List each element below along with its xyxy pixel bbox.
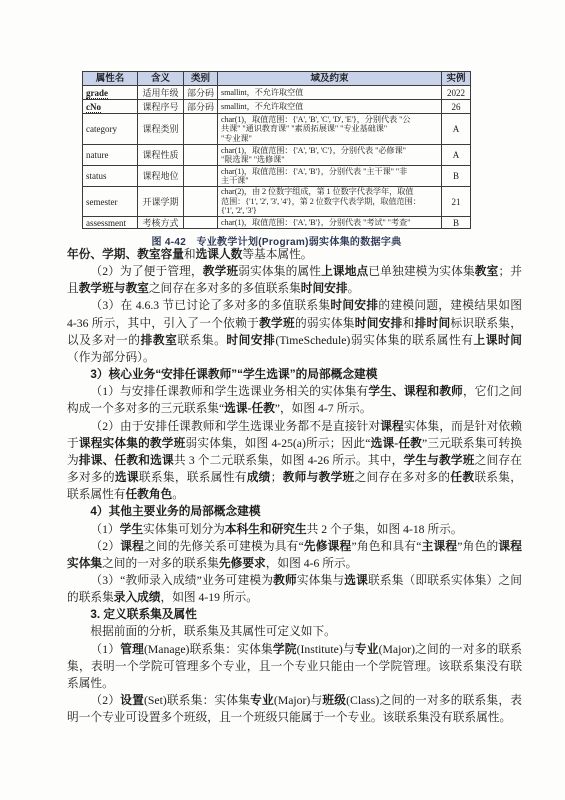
meaning-cell: 课程类别 [138, 114, 184, 145]
meaning-cell: 课程序号 [138, 100, 184, 114]
domain-cell: char(1)，取值范围：{'A', 'B'}，分别代表 "考试" "考查" [218, 217, 442, 229]
example-cell: 26 [442, 100, 471, 114]
table-row: semester开课学期char(2)，由 2 位数字组成，第 1 位数字代表学… [83, 187, 471, 217]
attr-name-cell: category [83, 114, 138, 145]
domain-cell: char(1)，取值范围：{'A', 'B', 'C'}，分别代表 "必修课""… [218, 145, 442, 166]
paragraph: （2）由于安排任课教师和学生选课业务都不是直接针对课程实体集，而是针对依赖于课程… [67, 418, 522, 504]
paragraph: （2）课程之间的先修关系可建模为具有“先修课程”角色和具有“主课程”角色的课程实… [67, 538, 522, 572]
document-page: 属性名含义类别域及约束实例 grade适用年级部分码smallint，不允许取空… [0, 0, 565, 800]
meaning-cell: 课程地位 [138, 166, 184, 187]
attr-name-cell: assessment [83, 217, 138, 229]
domain-cell: char(1)，取值范围：{'A', 'B'}，分别代表 "主干课" "非主干课… [218, 166, 442, 187]
meaning-cell: 课程性质 [138, 145, 184, 166]
kind-cell [184, 187, 218, 217]
example-cell: B [442, 217, 471, 229]
example-cell: 21 [442, 187, 471, 217]
table-row: cNo课程序号部分码smallint，不允许取空值26 [83, 100, 471, 114]
paragraph: （1）学生实体集可划分为本科生和研究生共 2 个子集，如图 4-18 所示。 [67, 521, 522, 538]
paragraph: （1）与安排任课教师和学生选课业务相关的实体集有学生、课程和教师，它们之间构成一… [67, 383, 522, 417]
attr-name-cell: cNo [83, 100, 138, 114]
kind-cell [184, 166, 218, 187]
kind-cell [184, 145, 218, 166]
attr-name-cell: status [83, 166, 138, 187]
column-header: 属性名 [83, 72, 138, 86]
meaning-cell: 考核方式 [138, 217, 184, 229]
paragraph: （1）管理(Manage)联系集：实体集学院(Institute)与专业(Maj… [67, 641, 522, 692]
section-heading: 3）核心业务“安排任课教师”“学生选课”的局部概念建模 [67, 366, 522, 383]
table-row: nature课程性质char(1)，取值范围：{'A', 'B', 'C'}，分… [83, 145, 471, 166]
paragraph: （2）设置(Set)联系集：实体集专业(Major)与班级(Class)之间的一… [67, 692, 522, 726]
page-text: 年份、学期、教室容量和选课人数等基本属性。（2）为了便于管理，教学班弱实体集的属… [67, 246, 522, 726]
data-dictionary-body: grade适用年级部分码smallint，不允许取空值2022cNo课程序号部分… [83, 86, 471, 229]
kind-cell: 部分码 [184, 86, 218, 100]
table-row: category课程类别char(1)，取值范围：{'A', 'B', 'C',… [83, 114, 471, 145]
column-header: 类别 [184, 72, 218, 86]
domain-cell: char(2)，由 2 位数字组成，第 1 位数字代表学年，取值范围：{'1',… [218, 187, 442, 217]
column-header: 含义 [138, 72, 184, 86]
meaning-cell: 适用年级 [138, 86, 184, 100]
example-cell: A [442, 114, 471, 145]
table-row: assessment考核方式char(1)，取值范围：{'A', 'B'}，分别… [83, 217, 471, 229]
column-header: 域及约束 [218, 72, 442, 86]
example-cell: A [442, 145, 471, 166]
table-row: status课程地位char(1)，取值范围：{'A', 'B'}，分别代表 "… [83, 166, 471, 187]
attr-name-cell: nature [83, 145, 138, 166]
data-dictionary-region: 属性名含义类别域及约束实例 grade适用年级部分码smallint，不允许取空… [82, 71, 471, 248]
attr-name-cell: semester [83, 187, 138, 217]
table-row: grade适用年级部分码smallint，不允许取空值2022 [83, 86, 471, 100]
paragraph: 根据前面的分析，联系集及其属性可定义如下。 [67, 623, 522, 640]
paragraph: （3）在 4.6.3 节已讨论了多对多的多值联系集时间安排的建模问题，建模结果如… [67, 297, 522, 366]
kind-cell: 部分码 [184, 100, 218, 114]
domain-cell: char(1)，取值范围：{'A', 'B', 'C', 'D', 'E'}，分… [218, 114, 442, 145]
paragraph: （2）为了便于管理，教学班弱实体集的属性上课地点已单独建模为实体集教室；并且教学… [67, 263, 522, 297]
domain-cell: smallint，不允许取空值 [218, 86, 442, 100]
example-cell: 2022 [442, 86, 471, 100]
column-header: 实例 [442, 72, 471, 86]
meaning-cell: 开课学期 [138, 187, 184, 217]
kind-cell [184, 114, 218, 145]
paragraph: 年份、学期、教室容量和选课人数等基本属性。 [67, 246, 522, 263]
table-header-row: 属性名含义类别域及约束实例 [83, 72, 471, 86]
section-heading: 3. 定义联系集及属性 [67, 606, 522, 623]
domain-cell: smallint，不允许取空值 [218, 100, 442, 114]
section-heading: 4）其他主要业务的局部概念建模 [67, 503, 522, 520]
data-dictionary-table: 属性名含义类别域及约束实例 grade适用年级部分码smallint，不允许取空… [82, 71, 471, 229]
paragraph: （3）“教师录入成绩”业务可建模为教师实体集与选课联系集（即联系实体集）之间的联… [67, 572, 522, 606]
example-cell: B [442, 166, 471, 187]
kind-cell [184, 217, 218, 229]
attr-name-cell: grade [83, 86, 138, 100]
